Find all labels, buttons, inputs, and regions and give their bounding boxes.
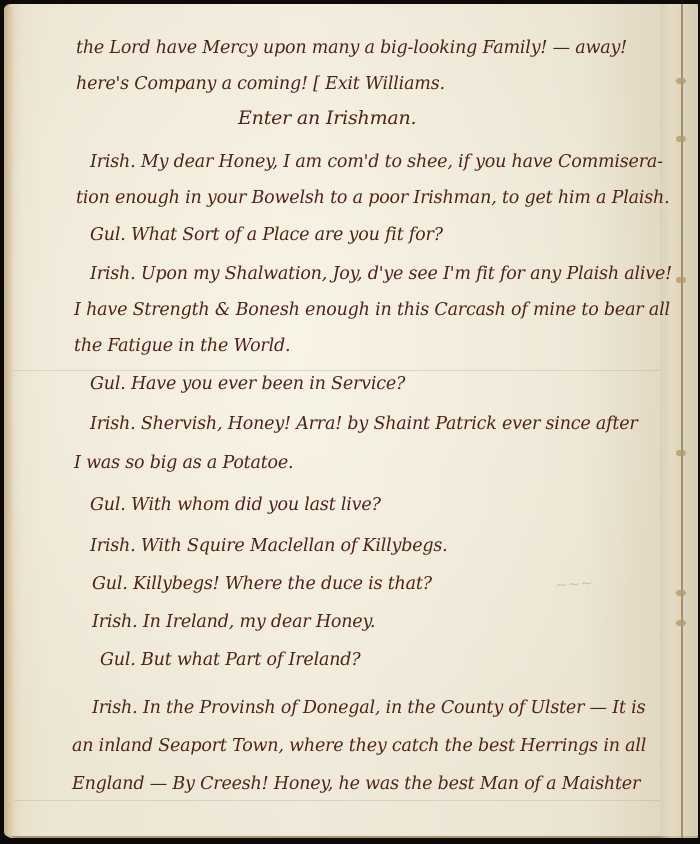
manuscript-line: an inland Seaport Town, where they catch…: [72, 738, 646, 756]
manuscript-line: the Lord have Mercy upon many a big-look…: [76, 40, 627, 58]
manuscript-line: Irish. Shervish, Honey! Arra! by Shaint …: [90, 416, 638, 434]
binding-thread: [681, 4, 683, 838]
manuscript-line: Gul. Have you ever been in Service?: [90, 376, 405, 394]
manuscript-line: Irish. In Ireland, my dear Honey.: [92, 614, 375, 632]
manuscript-line: Irish. Upon my Shalwation, Joy, d'ye see…: [90, 266, 672, 284]
manuscript-line: Irish. With Squire Maclellan of Killybeg…: [90, 538, 448, 556]
manuscript-line: tion enough in your Bowelsh to a poor Ir…: [76, 190, 669, 208]
manuscript-line: here's Company a coming! [ Exit Williams…: [76, 76, 445, 94]
stitch-mark: [676, 277, 686, 283]
page-edge: [4, 6, 14, 836]
paper-fold: [14, 800, 660, 801]
manuscript-line: England — By Creesh! Honey, he was the b…: [72, 776, 640, 794]
stitch-mark: [676, 590, 686, 596]
stitch-mark: [676, 136, 686, 142]
stitch-mark: [676, 450, 686, 456]
bleed-through-text: ~~~: [554, 574, 593, 595]
stage-direction: Enter an Irishman.: [238, 109, 416, 128]
manuscript-line: I have Strength & Bonesh enough in this …: [74, 302, 670, 320]
manuscript-line: Gul. Killybegs! Where the duce is that?: [92, 576, 432, 594]
manuscript-line: I was so big as a Potatoe.: [74, 455, 293, 473]
manuscript-line: Irish. My dear Honey, I am com'd to shee…: [90, 154, 663, 172]
manuscript-line: Gul. With whom did you last live?: [90, 497, 381, 515]
paper-fold: [14, 370, 660, 371]
stitch-mark: [676, 620, 686, 626]
manuscript-line: the Fatigue in the World.: [74, 338, 290, 356]
manuscript-line: Irish. In the Provinsh of Donegal, in th…: [92, 700, 645, 718]
binding-gutter: [660, 4, 698, 838]
manuscript-line: Gul. But what Part of Ireland?: [100, 652, 360, 670]
manuscript-line: Gul. What Sort of a Place are you fit fo…: [90, 227, 443, 245]
stitch-mark: [676, 78, 686, 84]
